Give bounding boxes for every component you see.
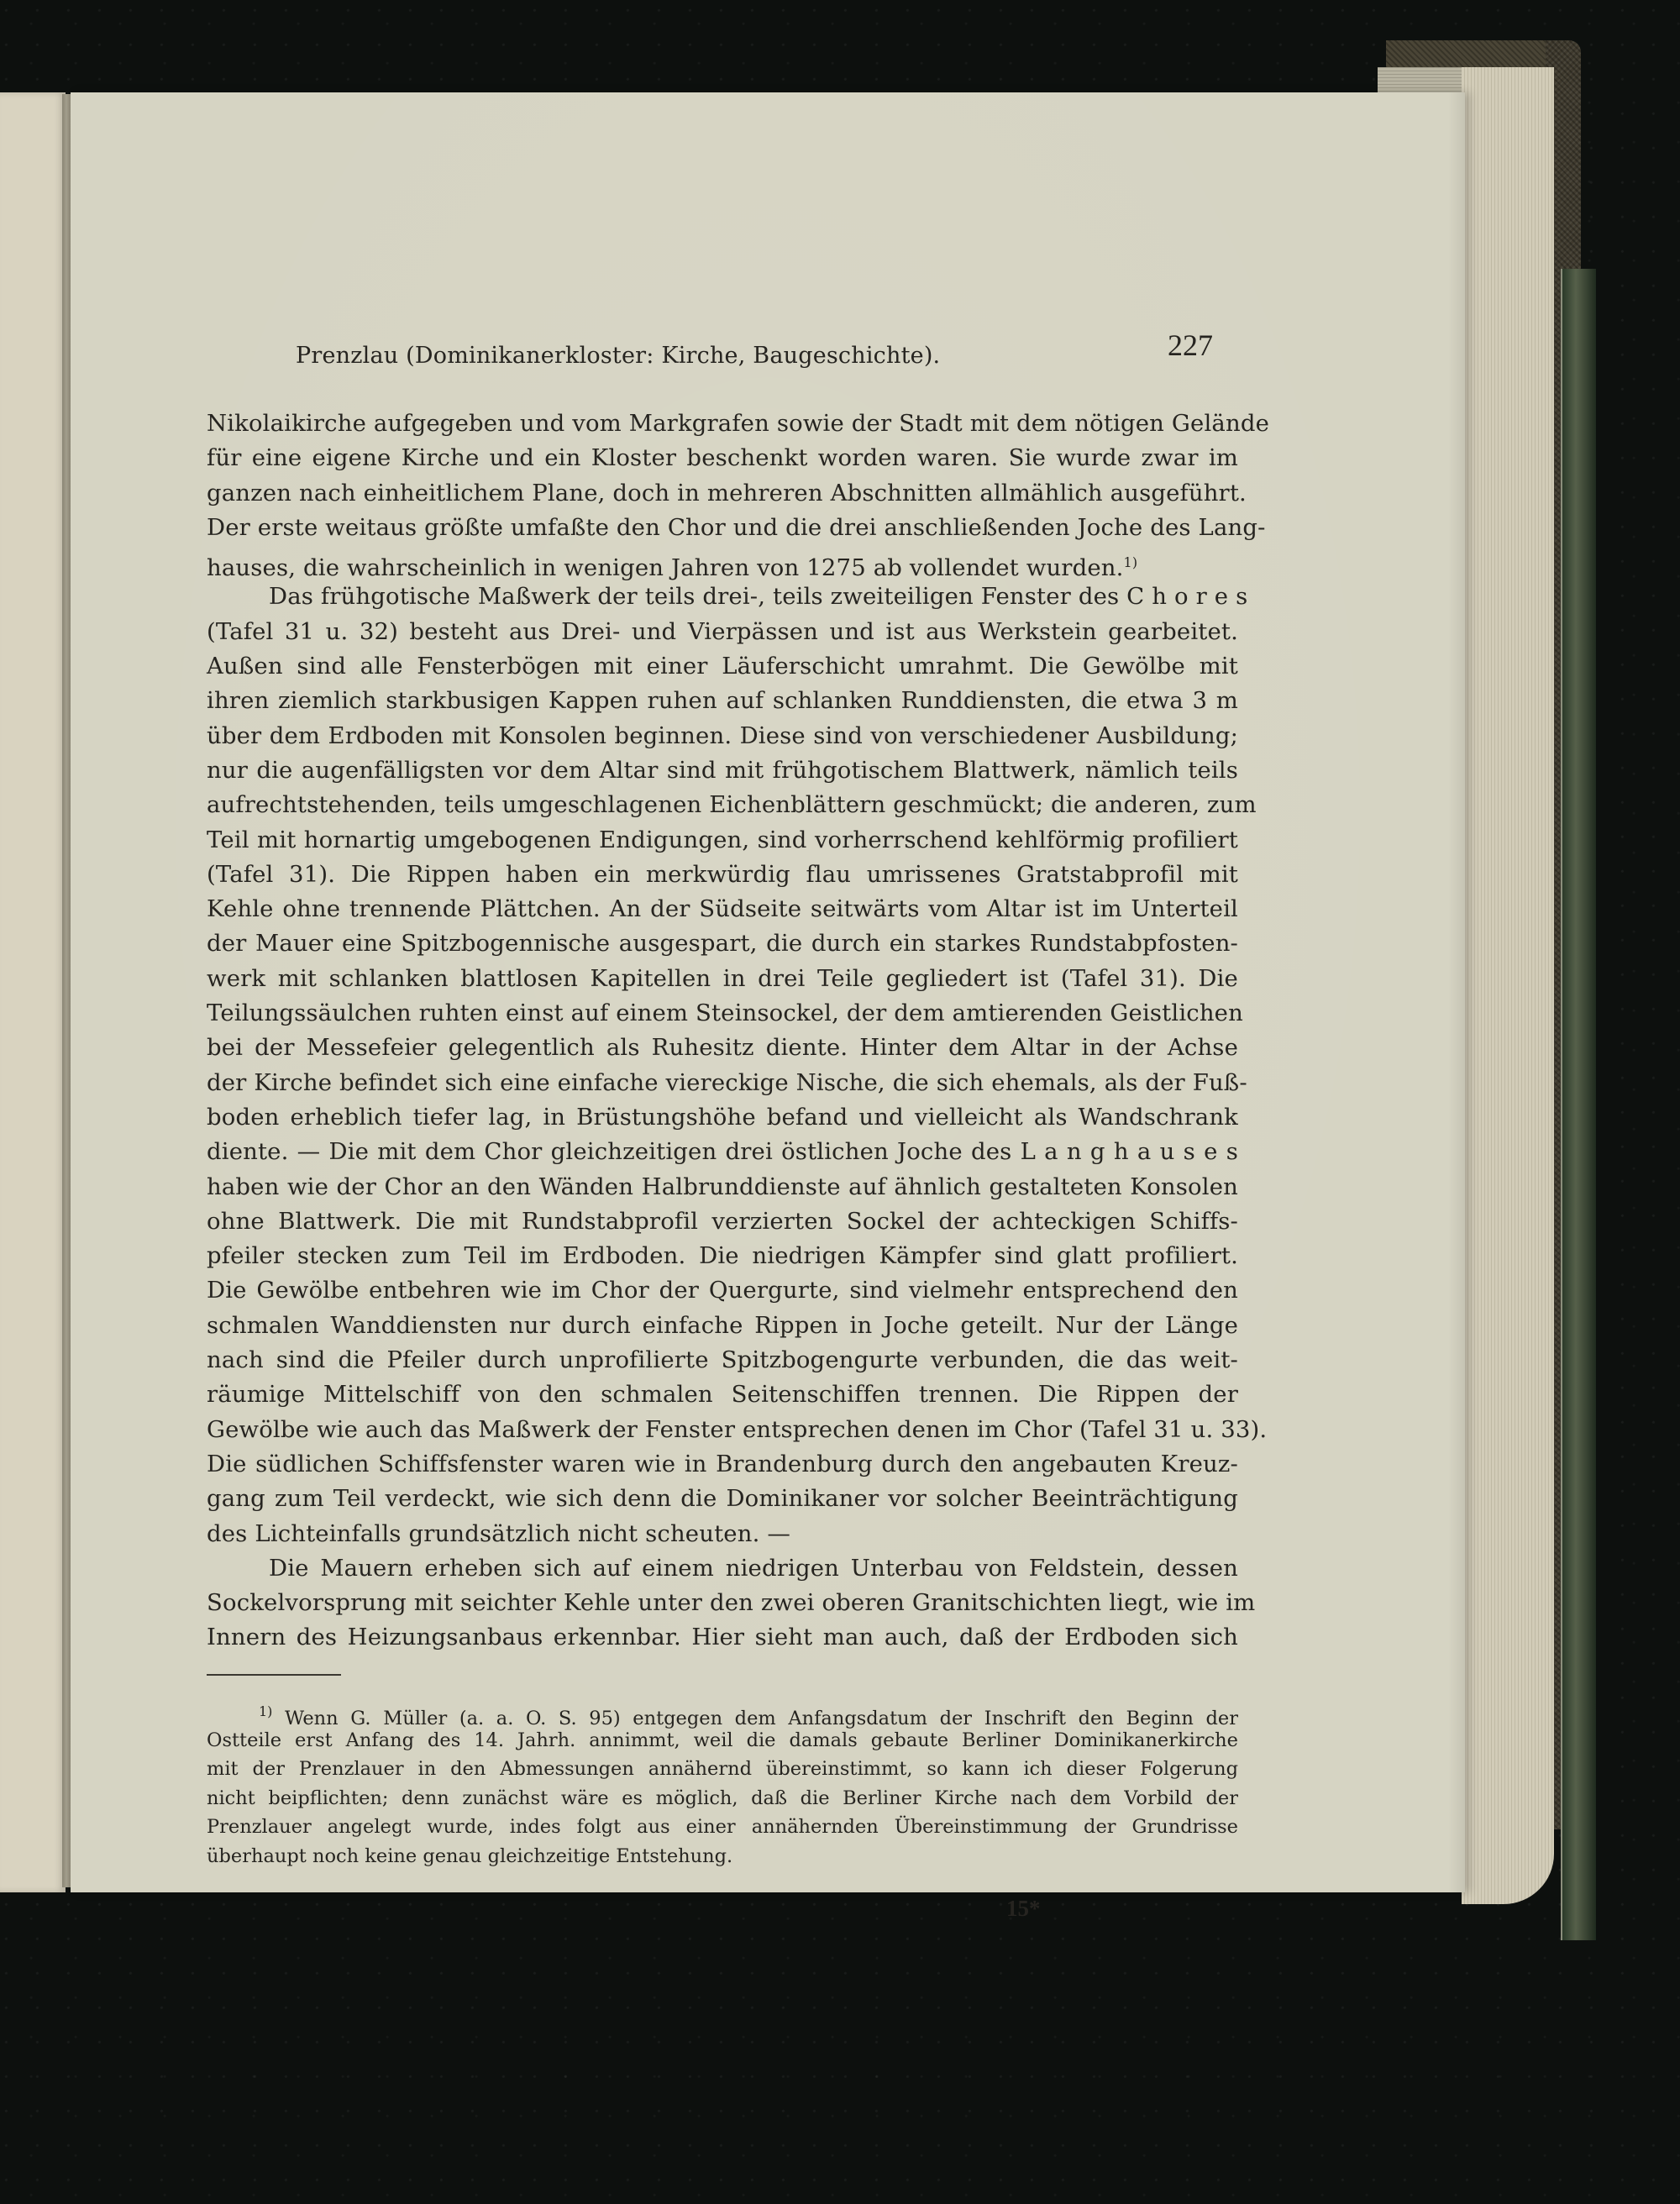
text-line: Nikolaikirche aufgegeben und vom Markgra… bbox=[207, 407, 1238, 441]
text-line: boden erheblich tiefer lag, in Brüstungs… bbox=[207, 1100, 1238, 1135]
text-line: werk mit schlanken blattlosen Kapitellen… bbox=[207, 962, 1238, 996]
text-line: nach sind die Pfeiler durch unprofiliert… bbox=[207, 1343, 1238, 1377]
text-line: räumige Mittelschiff von den schmalen Se… bbox=[207, 1377, 1238, 1412]
text-line: Gewölbe wie auch das Maßwerk der Fenster… bbox=[207, 1413, 1238, 1447]
text-line: haben wie der Chor an den Wänden Halbrun… bbox=[207, 1170, 1238, 1204]
text-line: Die südlichen Schiffsfenster waren wie i… bbox=[207, 1447, 1238, 1482]
text-line: pfeiler stecken zum Teil im Erdboden. Di… bbox=[207, 1239, 1238, 1273]
page-fold-shadow bbox=[1448, 92, 1465, 1892]
footnote-line: überhaupt noch keine genau gleichzeitige… bbox=[207, 1842, 1238, 1871]
footnote-line: Prenzlauer angelegt wurde, indes folgt a… bbox=[207, 1813, 1238, 1841]
text-line: Sockelvorsprung mit seichter Kehle unter… bbox=[207, 1586, 1238, 1620]
text-line: Innern des Heizungsanbaus erkennbar. Hie… bbox=[207, 1620, 1238, 1655]
book-scan: Prenzlau (Dominikanerkloster: Kirche, Ba… bbox=[0, 0, 1680, 2204]
paragraph-start: Die Mauern erheben sich auf einem niedri… bbox=[207, 1551, 1238, 1586]
footnote-line: Ostteile erst Anfang des 14. Jahrh. anni… bbox=[207, 1726, 1238, 1755]
text-line: (Tafel 31 u. 32) besteht aus Drei- und V… bbox=[207, 615, 1238, 649]
text-line-content: hauses, die wahrscheinlich in wenigen Ja… bbox=[207, 554, 1124, 581]
text-line: gang zum Teil verdeckt, wie sich denn di… bbox=[207, 1482, 1238, 1516]
text-line: des Lichteinfalls grundsätzlich nicht sc… bbox=[207, 1517, 1238, 1551]
footnote-line: mit der Prenzlauer in den Abmessungen an… bbox=[207, 1755, 1238, 1783]
text-line: diente. — Die mit dem Chor gleichzeitige… bbox=[207, 1135, 1238, 1169]
footnote-line: nicht beipflichten; denn zunächst wäre e… bbox=[207, 1784, 1238, 1813]
text-line: hauses, die wahrscheinlich in wenigen Ja… bbox=[207, 545, 1238, 580]
running-head: Prenzlau (Dominikanerkloster: Kirche, Ba… bbox=[207, 328, 1238, 381]
gutter-shadow bbox=[62, 94, 71, 1887]
text-line: ohne Blattwerk. Die mit Rundstabprofil v… bbox=[207, 1204, 1238, 1239]
text-line: Außen sind alle Fensterbögen mit einer L… bbox=[207, 649, 1238, 684]
page-block-edges bbox=[1462, 67, 1554, 1904]
text-line: Teil mit hornartig umgebogenen Endigunge… bbox=[207, 823, 1238, 858]
footnote-reference[interactable]: 1) bbox=[1124, 554, 1138, 570]
text-line: schmalen Wanddiensten nur durch einfache… bbox=[207, 1309, 1238, 1343]
text-line: für eine eigene Kirche und ein Kloster b… bbox=[207, 441, 1238, 475]
footnote-line: 1) Wenn G. Müller (a. a. O. S. 95) entge… bbox=[207, 1698, 1238, 1726]
text-line: der Kirche befindet sich eine einfache v… bbox=[207, 1066, 1238, 1100]
text-line: Kehle ohne trennende Plättchen. An der S… bbox=[207, 892, 1238, 926]
text-line: bei der Messefeier gelegentlich als Ruhe… bbox=[207, 1031, 1238, 1065]
text-line: (Tafel 31). Die Rippen haben ein merkwür… bbox=[207, 858, 1238, 892]
book-cover-edge bbox=[1561, 269, 1596, 1940]
footnote-marker: 1) bbox=[259, 1703, 272, 1719]
footnotes: 1) Wenn G. Müller (a. a. O. S. 95) entge… bbox=[207, 1698, 1238, 1871]
text-line: Teilungssäulchen ruhten einst auf einem … bbox=[207, 996, 1238, 1031]
text-line: Die Gewölbe entbehren wie im Chor der Qu… bbox=[207, 1273, 1238, 1308]
text-line: nur die augenfälligsten vor dem Altar si… bbox=[207, 753, 1238, 788]
text-line: ganzen nach einheitlichem Plane, doch in… bbox=[207, 476, 1238, 511]
text-line: der Mauer eine Spitzbogennische ausgespa… bbox=[207, 926, 1238, 961]
body-text: Nikolaikirche aufgegeben und vom Markgra… bbox=[207, 407, 1238, 1656]
text-block: Prenzlau (Dominikanerkloster: Kirche, Ba… bbox=[207, 328, 1238, 1922]
text-line: ihren ziemlich starkbusigen Kappen ruhen… bbox=[207, 684, 1238, 718]
signature-mark: 15* bbox=[1006, 1896, 1238, 1922]
footnote-divider bbox=[207, 1674, 341, 1676]
running-title: Prenzlau (Dominikanerkloster: Kirche, Ba… bbox=[296, 343, 940, 369]
text-line: über dem Erdboden mit Konsolen beginnen.… bbox=[207, 719, 1238, 753]
text-line: Der erste weitaus größte umfaßte den Cho… bbox=[207, 511, 1238, 545]
paragraph-start: Das frühgotische Maßwerk der teils drei-… bbox=[207, 580, 1238, 614]
facing-page-left bbox=[0, 92, 66, 1892]
text-line: aufrechtstehenden, teils umgeschlagenen … bbox=[207, 788, 1238, 822]
book-page: Prenzlau (Dominikanerkloster: Kirche, Ba… bbox=[71, 92, 1465, 1892]
page-number: 227 bbox=[1168, 328, 1213, 363]
